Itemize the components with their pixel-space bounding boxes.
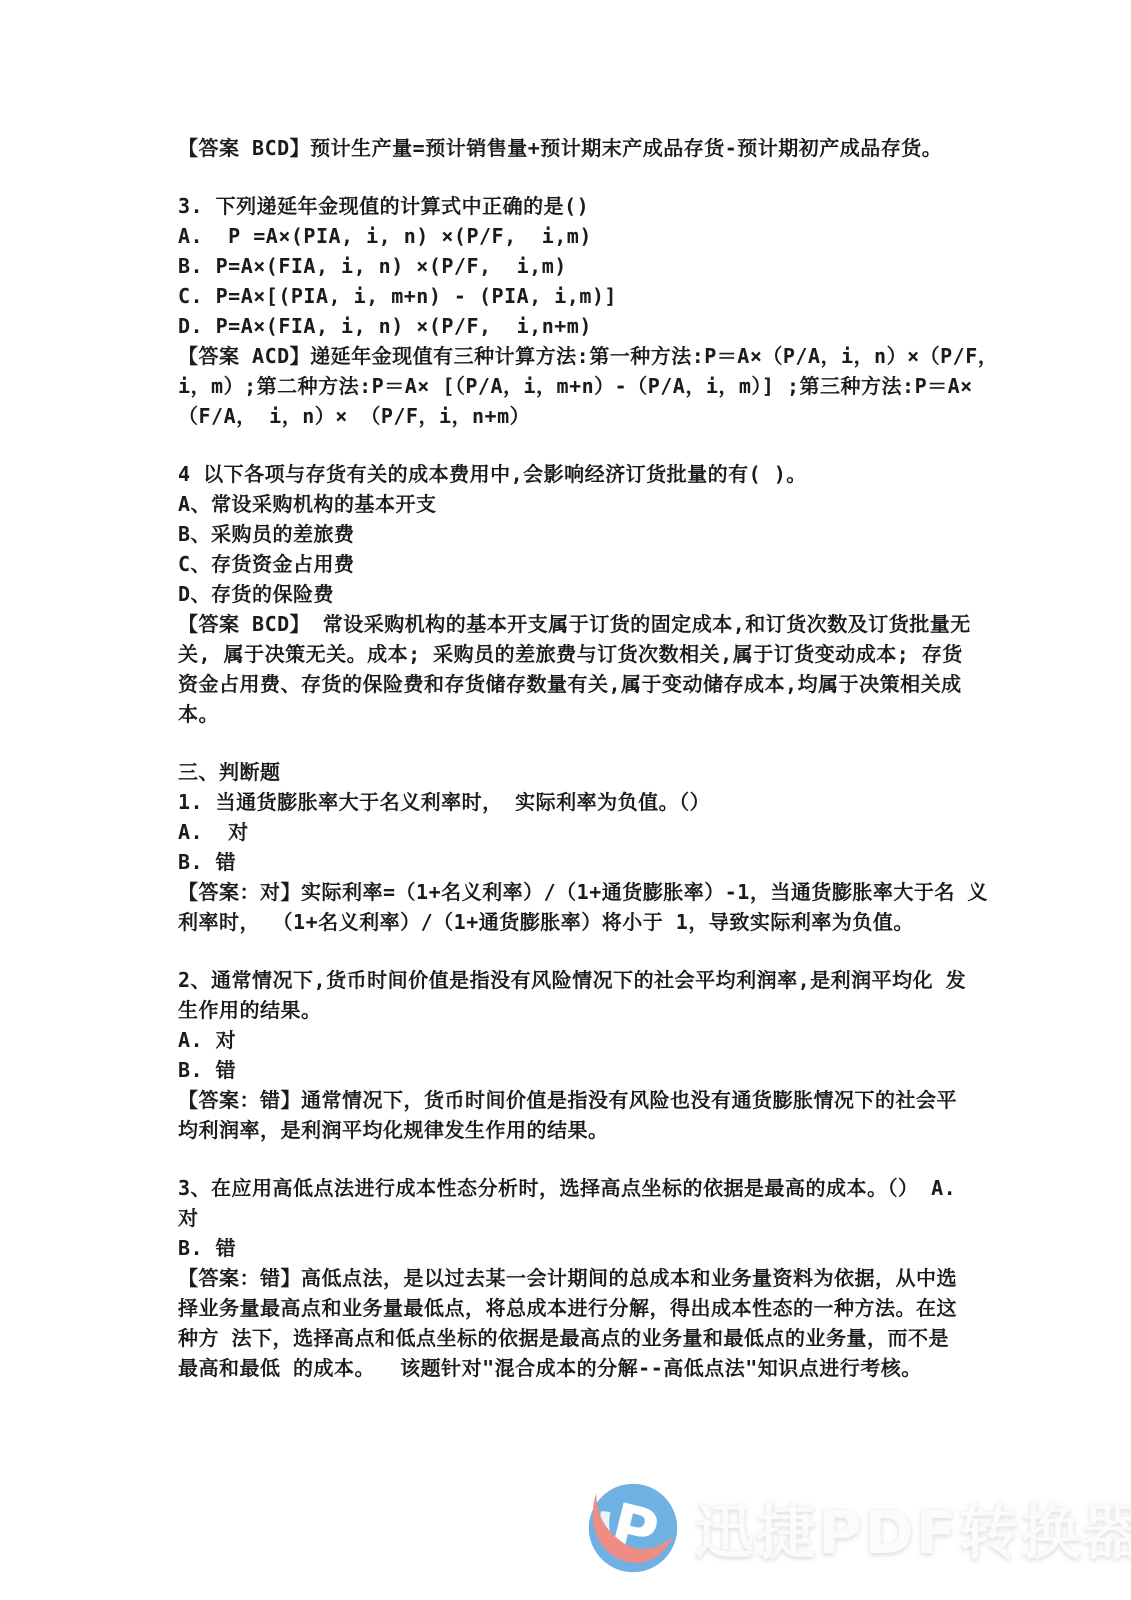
document-page: 【答案 BCD】预计生产量=预计销售量+预计期末产成品存货-预计期初产成品存货。… [178,133,978,1411]
answer-text: 利率时， （1+名义利率）/（1+通货膨胀率）将小于 1，导致实际利率为负值。 [178,907,978,937]
answer-text: 本。 [178,699,978,729]
option-a: A. P =A×(PIA, i, n) ×(P/F, i,m) [178,221,978,251]
answer-text: 均利润率，是利润平均化规律发生作用的结果。 [178,1115,978,1145]
answer-text: 【答案 ACD】递延年金现值有三种计算方法:第一种方法:P＝A×（P/A，i，n… [178,341,978,371]
option-b: B. 错 [178,847,978,877]
text-line: 【答案 BCD】预计生产量=预计销售量+预计期末产成品存货-预计期初产成品存货。 [178,133,978,163]
answer-block-production-budget: 【答案 BCD】预计生产量=预计销售量+预计期末产成品存货-预计期初产成品存货。 [178,133,978,163]
question-text: 1. 当通货膨胀率大于名义利率时， 实际利率为负值。（） [178,787,978,817]
judgment-section-q1-block: 三、判断题 1. 当通货膨胀率大于名义利率时， 实际利率为负值。（） A. 对 … [178,757,978,937]
answer-text: 【答案 BCD】 常设采购机构的基本开支属于订货的固定成本,和订货次数及订货批量… [178,609,978,639]
option-d: D、存货的保险费 [178,579,978,609]
question-text: 生作用的结果。 [178,995,978,1025]
section-heading: 三、判断题 [178,757,978,787]
pdf-converter-watermark: P 迅捷PDF转换器 [586,1478,1131,1578]
answer-text: 最高和最低 的成本。 该题针对"混合成本的分解--高低点法"知识点进行考核。 [178,1353,978,1383]
option-a: 对 [178,1203,978,1233]
option-b: B. 错 [178,1233,978,1263]
answer-text: （F/A， i，n）× （P/F，i，n+m） [178,401,978,431]
answer-text: i，m）;第二种方法:P＝A× [（P/A，i，m+n）-（P/A，i，m）] … [178,371,978,401]
option-a: A. 对 [178,1025,978,1055]
answer-text: 【答案：对】实际利率=（1+名义利率）/（1+通货膨胀率）-1，当通货膨胀率大于… [178,877,978,907]
watermark-brand-text: 迅捷PDF转换器 [694,1485,1131,1571]
answer-text: 资金占用费、存货的保险费和存货储存数量有关,属于变动储存成本,均属于决策相关成 [178,669,978,699]
question-text: 3、在应用高低点法进行成本性态分析时，选择高点坐标的依据是最高的成本。（） A. [178,1173,978,1203]
judgment-q2-block: 2、通常情况下,货币时间价值是指没有风险情况下的社会平均利润率,是利润平均化 发… [178,965,978,1145]
option-b: B、采购员的差旅费 [178,519,978,549]
question-block-deferred-annuity: 3. 下列递延年金现值的计算式中正确的是() A. P =A×(PIA, i, … [178,191,978,431]
option-a: A. 对 [178,817,978,847]
option-b: B. 错 [178,1055,978,1085]
question-text: 3. 下列递延年金现值的计算式中正确的是() [178,191,978,221]
judgment-q3-block: 3、在应用高低点法进行成本性态分析时，选择高点坐标的依据是最高的成本。（） A.… [178,1173,978,1383]
question-block-inventory-eoq: 4 以下各项与存货有关的成本费用中,会影响经济订货批量的有( )。 A、常设采购… [178,459,978,729]
answer-text: 【答案：错】高低点法，是以过去某一会计期间的总成本和业务量资料为依据，从中选 [178,1263,978,1293]
option-d: D. P=A×(FIA, i, n) ×(P/F, i,n+m) [178,311,978,341]
answer-text: 择业务量最高点和业务量最低点，将总成本进行分解，得出成本性态的一种方法。在这 [178,1293,978,1323]
question-text: 4 以下各项与存货有关的成本费用中,会影响经济订货批量的有( )。 [178,459,978,489]
option-c: C、存货资金占用费 [178,549,978,579]
option-a: A、常设采购机构的基本开支 [178,489,978,519]
question-text: 2、通常情况下,货币时间价值是指没有风险情况下的社会平均利润率,是利润平均化 发 [178,965,978,995]
answer-text: 种方 法下，选择高点和低点坐标的依据是最高点的业务量和最低点的业务量，而不是 [178,1323,978,1353]
xunjie-pdf-logo-icon: P [586,1481,680,1575]
answer-text: 关, 属于决策无关。成本; 采购员的差旅费与订货次数相关,属于订货变动成本; 存… [178,639,978,669]
option-c: C. P=A×[(PIA, i, m+n) - (PIA, i,m)] [178,281,978,311]
option-b: B. P=A×(FIA, i, n) ×(P/F, i,m) [178,251,978,281]
answer-text: 【答案：错】通常情况下，货币时间价值是指没有风险也没有通货膨胀情况下的社会平 [178,1085,978,1115]
